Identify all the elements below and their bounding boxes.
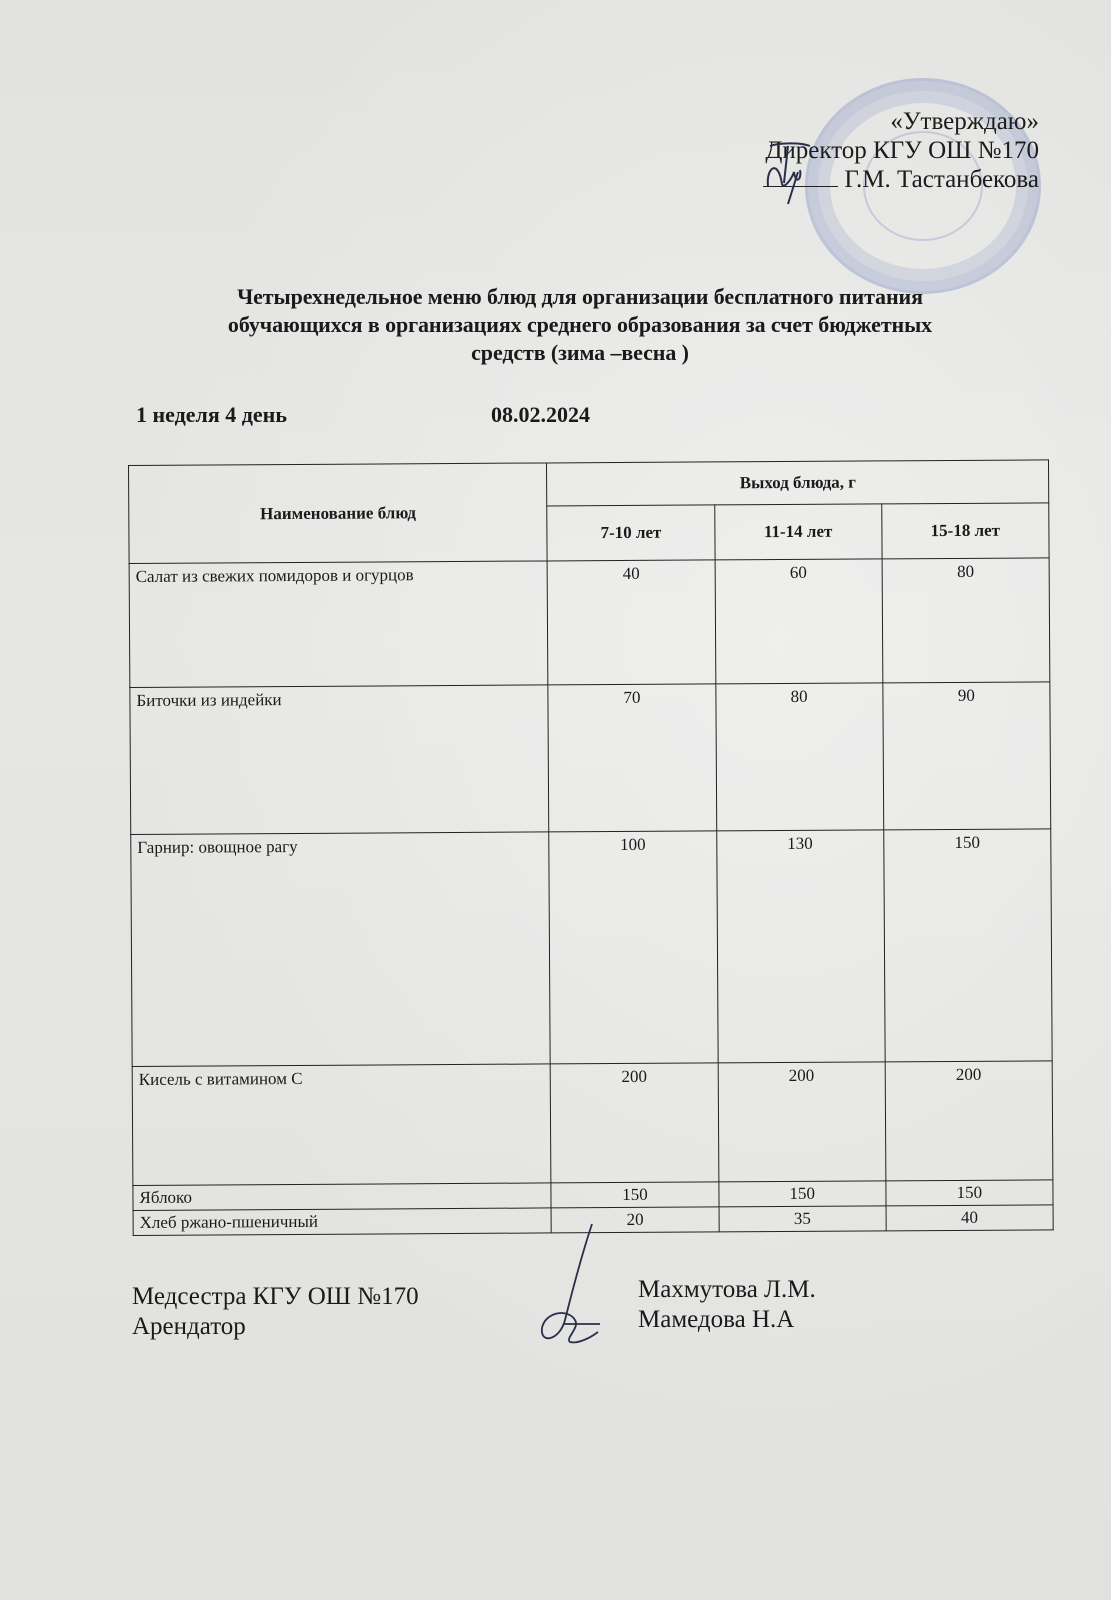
dish-name: Гарнир: овощное рагу: [131, 832, 551, 1067]
nurse-name: Махмутова Л.М.: [638, 1275, 816, 1305]
header-yield: Выход блюда, г: [547, 460, 1049, 506]
header-age-7-10: 7-10 лет: [547, 505, 715, 561]
header-age-15-18: 15-18 лет: [882, 503, 1050, 559]
director-name: Г.М. Тастанбекова: [844, 166, 1039, 193]
yield-value: 70: [548, 684, 716, 832]
footer-roles: Медсестра КГУ ОШ №170 Арендатор: [132, 1282, 419, 1342]
yield-value: 200: [885, 1061, 1053, 1181]
title-line-1: Четырехнедельное меню блюд для организац…: [120, 283, 1040, 311]
approval-label: «Утверждаю»: [763, 107, 1039, 136]
table-row: Гарнир: овощное рагу 100 130 150: [131, 829, 1052, 1067]
tenant-name: Мамедова Н.А: [638, 1305, 816, 1335]
yield-value: 150: [884, 829, 1053, 1062]
yield-value: 80: [882, 558, 1050, 683]
dish-name: Салат из свежих помидоров и огурцов: [129, 561, 548, 688]
week-day-label: 1 неделя 4 день: [136, 402, 287, 427]
title-line-2: обучающихся в организациях среднего обра…: [120, 311, 1040, 339]
yield-value: 150: [719, 1181, 886, 1207]
yield-value: 40: [548, 560, 716, 685]
yield-value: 40: [886, 1205, 1053, 1231]
menu-date: 08.02.2024: [491, 402, 590, 428]
nurse-signature-icon: [520, 1220, 630, 1360]
yield-value: 60: [715, 559, 883, 684]
yield-value: 80: [715, 683, 883, 831]
week-day-heading: 1 неделя 4 день 08.02.2024: [136, 402, 287, 428]
yield-value: 90: [883, 682, 1051, 830]
yield-value: 130: [716, 830, 885, 1063]
menu-table: Наименование блюд Выход блюда, г 7-10 ле…: [128, 459, 1054, 1236]
dish-name: Яблоко: [133, 1183, 552, 1211]
director-signature-icon: [748, 138, 818, 208]
dish-name: Биточки из индейки: [130, 685, 549, 835]
nurse-role: Медсестра КГУ ОШ №170: [132, 1282, 419, 1312]
dish-name: Хлеб ржано-пшеничный: [133, 1208, 552, 1236]
table-row: Биточки из индейки 70 80 90: [130, 682, 1051, 835]
footer-names: Махмутова Л.М. Мамедова Н.А: [638, 1275, 816, 1335]
tenant-role: Арендатор: [132, 1312, 419, 1342]
document-title: Четырехнедельное меню блюд для организац…: [120, 283, 1040, 367]
table-row: Салат из свежих помидоров и огурцов 40 6…: [129, 558, 1050, 688]
header-age-11-14: 11-14 лет: [714, 504, 882, 560]
document-page: «Утверждаю» Директор КГУ ОШ №170 Г.М. Та…: [0, 0, 1111, 1600]
dish-name: Кисель с витамином С: [132, 1064, 551, 1186]
title-line-3: средств (зима –весна ): [120, 339, 1040, 367]
yield-value: 35: [719, 1206, 886, 1232]
yield-value: 150: [886, 1180, 1053, 1206]
yield-value: 200: [718, 1062, 886, 1182]
yield-value: 200: [551, 1063, 719, 1183]
table-row: Кисель с витамином С 200 200 200: [132, 1061, 1053, 1186]
yield-value: 150: [551, 1182, 718, 1208]
yield-value: 100: [549, 831, 718, 1064]
header-dish-name: Наименование блюд: [129, 463, 548, 564]
